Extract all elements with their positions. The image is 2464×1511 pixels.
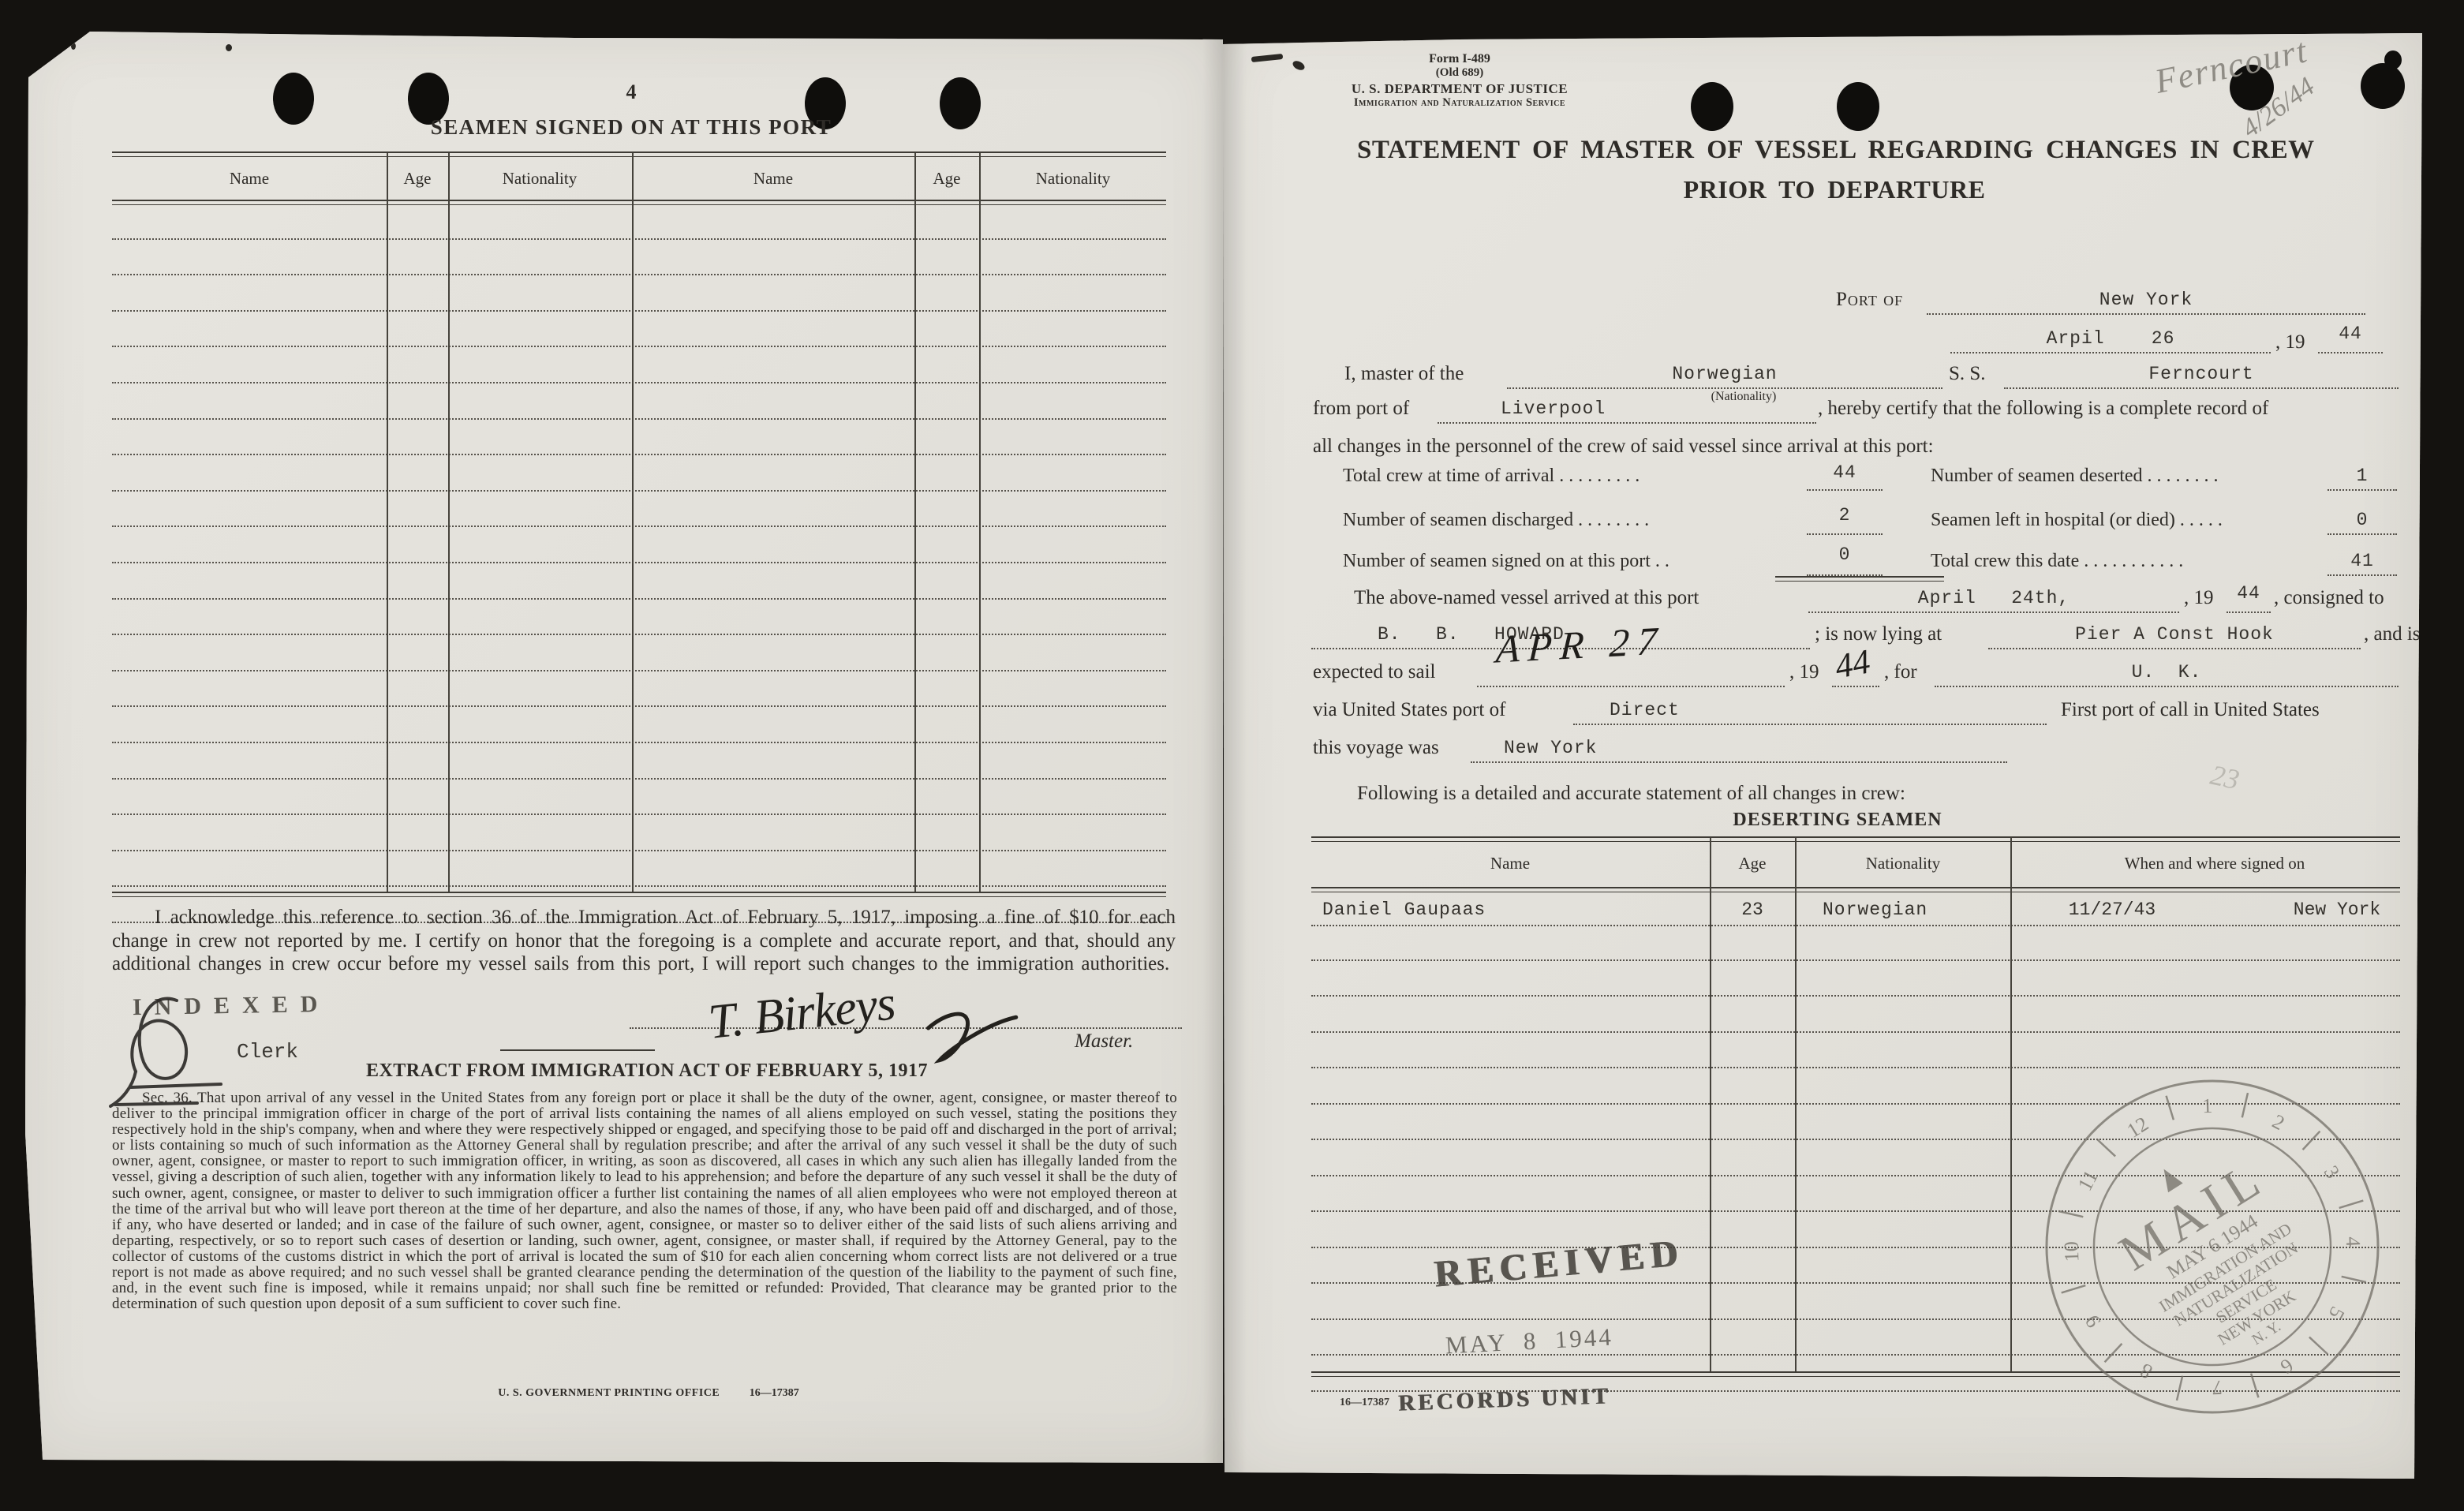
- stat-arrival-label: Total crew at time of arrival . . . . . …: [1343, 466, 1640, 487]
- stat-signed-on-field: 0: [1807, 552, 1883, 576]
- table-rule: [1311, 836, 2400, 842]
- table-row: [112, 527, 1166, 563]
- svg-text:10: 10: [2060, 1241, 2084, 1262]
- deserter-name: Daniel Gaupaas: [1322, 899, 1486, 920]
- right-page: Form I-489 (Old 689) U. S. DEPARTMENT OF…: [1223, 21, 2425, 1479]
- stat-total-value: 41: [2328, 551, 2397, 571]
- arrived-label: The above-named vessel arrived at this p…: [1354, 587, 1699, 609]
- seamen-signed-table: Name Age Nationality Name Age Nationalit…: [112, 151, 1166, 896]
- date-value: Arpil 26: [1950, 328, 2271, 349]
- nationality-value: Norwegian: [1507, 364, 1942, 384]
- arrow-up-icon: [2156, 1165, 2182, 1192]
- mail-received-stamp: 12 1 2 3 4 5 6 7 8 9 10 11 MAIL MAY 6 19…: [2037, 1072, 2387, 1422]
- form-title-line1: STATEMENT OF MASTER OF VESSEL REGARDING …: [1357, 136, 2312, 165]
- table-row: [112, 851, 1166, 888]
- year-value: 44: [2318, 324, 2383, 344]
- column-divider: [387, 153, 388, 893]
- ss-label: S. S.: [1949, 363, 1986, 385]
- form-number-old: (Old 689): [1254, 66, 1665, 80]
- voyage-field: New York: [1471, 738, 2007, 763]
- port-field: New York: [1927, 290, 2365, 315]
- stat-arrival-value: 44: [1807, 462, 1883, 483]
- from-port-label: from port of: [1313, 398, 1409, 420]
- divider-line: [500, 1049, 655, 1051]
- table-row: [1311, 961, 2400, 997]
- stat-discharged-field: 2: [1807, 511, 1883, 535]
- voyage-value: New York: [1471, 738, 2007, 758]
- stat-deserted-field: 1: [2328, 467, 2397, 491]
- table-row: [112, 204, 1166, 240]
- first-port-label: First port of call in United States: [2061, 699, 2320, 721]
- table-row: [112, 671, 1166, 708]
- arrived-year-prefix: , 19: [2184, 587, 2214, 609]
- col-header-name: Name: [1447, 854, 1573, 873]
- punch-hole-torn: [2361, 63, 2405, 109]
- table-row: [112, 815, 1166, 851]
- page-number: 4: [592, 80, 671, 104]
- port-label: Port of: [1836, 289, 1903, 311]
- port-value: New York: [1927, 290, 2365, 310]
- table-row: [112, 780, 1166, 816]
- deserter-signed-place: New York: [2270, 899, 2404, 920]
- following-text: Following is a detailed and accurate sta…: [1357, 783, 1905, 805]
- left-page: 4 SEAMEN SIGNED ON AT THIS PORT Name Age…: [22, 28, 1223, 1463]
- stat-arrival-field: 44: [1807, 467, 1883, 491]
- vessel-value: Ferncourt: [2004, 364, 2399, 384]
- table-rule: [112, 151, 1166, 157]
- section-divider: [1775, 576, 1944, 582]
- svg-text:11: 11: [2073, 1166, 2103, 1195]
- arrived-year-field: 44: [2227, 588, 2271, 613]
- table-row: [112, 600, 1166, 636]
- table-row: [112, 635, 1166, 671]
- table-rows: [112, 204, 1166, 923]
- arrived-date-field: April 24th,: [1808, 588, 2179, 613]
- table-row: [112, 563, 1166, 600]
- date-field: Arpil 26: [1950, 328, 2271, 353]
- vessel-field: Ferncourt: [2004, 364, 2399, 389]
- punch-hole-notch: [2384, 50, 2402, 69]
- column-divider: [1795, 838, 1797, 1371]
- deserting-heading: DESERTING SEAMEN: [1601, 810, 2074, 831]
- punch-hole: [1837, 82, 1879, 131]
- svg-text:9: 9: [2081, 1311, 2105, 1331]
- lying-field: Pier A Const Hook: [1988, 624, 2361, 649]
- stat-signed-on-value: 0: [1807, 544, 1883, 565]
- year-field: 44: [2318, 328, 2383, 353]
- svg-text:1: 1: [2202, 1094, 2213, 1117]
- dust-speck: [226, 44, 232, 51]
- deserter-signed-date: 11/27/43: [2045, 899, 2179, 920]
- table-row: [112, 383, 1166, 420]
- destination-value: U. K.: [1935, 662, 2399, 683]
- col-header-signed-on: When and where signed on: [2088, 854, 2341, 873]
- for-label: , for: [1884, 661, 1917, 683]
- table-row: [112, 492, 1166, 528]
- service-name: Immigration and Naturalization Service: [1254, 96, 1665, 110]
- table-row: [1311, 997, 2400, 1033]
- svg-text:4: 4: [2342, 1236, 2365, 1247]
- punch-hole: [1691, 82, 1733, 131]
- col-header-nationality: Nationality: [477, 169, 603, 189]
- table-row: [1311, 925, 2400, 961]
- stat-discharged-value: 2: [1807, 505, 1883, 525]
- arrived-year-value: 44: [2227, 583, 2271, 604]
- master-label: Master.: [1075, 1030, 1133, 1053]
- table-row: [112, 275, 1166, 312]
- svg-text:2: 2: [2268, 1109, 2288, 1135]
- extract-heading: EXTRACT FROM IMMIGRATION ACT OF FEBRUARY…: [260, 1060, 1034, 1082]
- printing-office-line: U. S. GOVERNMENT PRINTING OFFICE 16—1738…: [270, 1387, 1027, 1400]
- destination-field: U. K.: [1935, 662, 2399, 687]
- pencil-page-note: 23: [2208, 758, 2242, 797]
- stat-total-label: Total crew this date . . . . . . . . . .…: [1931, 551, 2183, 572]
- svg-text:T. Birkeys: T. Birkeys: [706, 976, 898, 1049]
- svg-text:12: 12: [2123, 1112, 2152, 1142]
- from-port-value: Liverpool: [1438, 398, 1816, 419]
- stat-discharged-label: Number of seamen discharged . . . . . . …: [1343, 510, 1649, 531]
- table-row: [1311, 1033, 2400, 1069]
- lying-value: Pier A Const Hook: [1988, 624, 2361, 645]
- stat-signed-on-label: Number of seamen signed on at this port …: [1343, 551, 1669, 572]
- form-title-line2: PRIOR TO DEPARTURE: [1357, 175, 2312, 204]
- lying-label: ; is now lying at: [1815, 623, 1942, 645]
- arrived-date-value: April 24th,: [1808, 588, 2179, 608]
- deserter-age: 23: [1713, 899, 1792, 920]
- printing-office-label: U. S. GOVERNMENT PRINTING OFFICE: [498, 1387, 720, 1399]
- stat-hospital-label: Seamen left in hospital (or died) . . . …: [1931, 510, 2223, 531]
- col-header-age: Age: [386, 169, 449, 189]
- stat-hospital-value: 0: [2328, 510, 2397, 530]
- table-row: [112, 420, 1166, 456]
- via-value: Direct: [1573, 700, 2047, 720]
- column-divider: [448, 153, 450, 893]
- nationality-field: Norwegian: [1507, 364, 1942, 389]
- col-header-nationality: Nationality: [1808, 854, 1998, 873]
- via-field: Direct: [1573, 700, 2047, 725]
- table-rule: [112, 892, 1166, 897]
- print-code: 16—17387: [750, 1387, 799, 1399]
- year-prefix: , 19: [2275, 331, 2305, 353]
- from-port-field: Liverpool: [1438, 398, 1816, 424]
- svg-text:5: 5: [2324, 1303, 2350, 1322]
- master-intro: I, master of the: [1344, 363, 1464, 385]
- col-header-name: Name: [186, 169, 312, 189]
- column-divider: [979, 153, 981, 893]
- table-row: [112, 707, 1166, 743]
- table-row: [112, 240, 1166, 276]
- col-header-nationality2: Nationality: [1010, 169, 1136, 189]
- stat-hospital-field: 0: [2328, 511, 2397, 535]
- stat-total-field: 41: [2328, 552, 2397, 576]
- sail-year-prefix: , 19: [1789, 661, 1819, 683]
- col-header-age: Age: [1721, 854, 1784, 873]
- and-is-label: , and is: [2364, 623, 2421, 645]
- certify-text2: all changes in the personnel of the crew…: [1313, 436, 1934, 458]
- sail-label: expected to sail: [1313, 661, 1436, 683]
- voyage-label: this voyage was: [1313, 737, 1439, 759]
- dust-speck: [71, 43, 76, 50]
- table-row: [112, 312, 1166, 348]
- deserter-nationality: Norwegian: [1823, 899, 1927, 920]
- scanned-document: 4 SEAMEN SIGNED ON AT THIS PORT Name Age…: [0, 0, 2464, 1511]
- deserter-row: Daniel Gaupaas 23 Norwegian 11/27/43 New…: [1311, 890, 2400, 926]
- column-divider: [1710, 838, 1711, 1371]
- svg-text:7: 7: [2212, 1376, 2223, 1399]
- column-divider: [2010, 838, 2012, 1371]
- via-label: via United States port of: [1313, 699, 1505, 721]
- certify-text: , hereby certify that the following is a…: [1818, 398, 2268, 420]
- col-header-name2: Name: [710, 169, 836, 189]
- left-page-heading: SEAMEN SIGNED ON AT THIS PORT: [276, 115, 986, 140]
- table-row: [112, 347, 1166, 383]
- print-code: 16—17387: [1340, 1397, 1389, 1409]
- svg-text:8: 8: [2137, 1359, 2156, 1384]
- svg-text:6: 6: [2276, 1354, 2297, 1378]
- stat-deserted-label: Number of seamen deserted . . . . . . . …: [1931, 466, 2219, 487]
- table-row: [112, 455, 1166, 492]
- department-name: U. S. DEPARTMENT OF JUSTICE: [1254, 81, 1665, 97]
- column-divider: [632, 153, 634, 893]
- consigned-label: , consigned to: [2274, 587, 2384, 609]
- svg-text:3: 3: [2320, 1161, 2344, 1182]
- sail-year-handwriting: 44: [1832, 641, 1873, 687]
- form-number: Form I-489: [1254, 52, 1665, 66]
- column-divider: [914, 153, 916, 893]
- sec36-text: Sec. 36. That upon arrival of any vessel…: [112, 1090, 1177, 1312]
- table-row: [112, 743, 1166, 780]
- stat-deserted-value: 1: [2328, 466, 2397, 486]
- col-header-age2: Age: [915, 169, 978, 189]
- sail-date-handwriting: APR 27: [1495, 617, 1666, 671]
